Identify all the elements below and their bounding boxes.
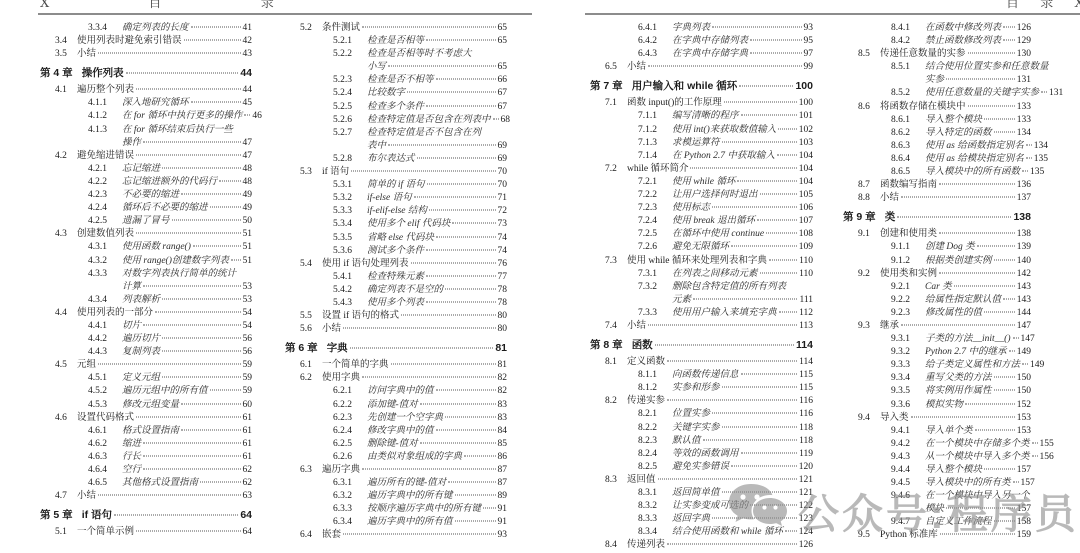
dot-leader — [136, 233, 240, 234]
entry-number: 6.3 — [300, 464, 322, 477]
toc-entry: 8.4.1在函数中修改列表126 — [843, 22, 1031, 35]
entry-title: 结合使用位置实参和任意数量 — [925, 61, 1049, 74]
toc-entry: 4.1.3在 for 循环结束后执行一些 — [40, 124, 252, 137]
dot-leader — [712, 27, 801, 28]
dot-leader — [181, 403, 240, 404]
toc-entry: 8.2.3默认值118 — [590, 435, 813, 448]
toc-entry: 3.4使用列表时避免索引错误42 — [40, 35, 252, 48]
entry-number: 4.1.1 — [88, 97, 122, 110]
entry-page-number: 147 — [1021, 333, 1035, 346]
entry-page-number: 80 — [498, 323, 508, 336]
entry-page-number: 116 — [799, 395, 813, 408]
entry-number: 7.2.5 — [638, 228, 672, 241]
toc-entry: 8.3.2让实参变成可选的122 — [590, 500, 813, 513]
entry-number: 4.5.3 — [88, 399, 122, 412]
entry-number: 5.4.3 — [333, 297, 367, 310]
entry-number: 5.6 — [300, 323, 322, 336]
entry-number: 8.8 — [858, 192, 880, 205]
dot-leader — [162, 377, 240, 378]
entry-page-number: 143 — [1017, 281, 1031, 294]
toc-entry: 8.6.1导入整个模块133 — [843, 114, 1031, 127]
toc-entry: 4.1遍历整个列表44 — [40, 84, 252, 97]
entry-page-number: 87 — [498, 477, 508, 490]
entry-title: 添加键-值对 — [367, 399, 418, 412]
entry-page-number: 54 — [243, 320, 253, 333]
dot-leader — [750, 505, 797, 506]
entry-title: 函数 input()的工作原理 — [627, 97, 722, 110]
dot-leader — [984, 118, 1015, 119]
entry-page-number: 61 — [243, 438, 253, 451]
toc-entry: 9.4.2在一个模块中存储多个类155 — [843, 438, 1031, 451]
dot-leader — [162, 298, 240, 299]
entry-page-number: 109 — [799, 241, 813, 254]
entry-title: 在函数中修改列表 — [925, 22, 1001, 35]
dot-leader — [429, 210, 496, 211]
entry-page-number: 76 — [498, 258, 508, 271]
entry-page-number: 114 — [796, 337, 813, 354]
entry-page-number: 69 — [498, 140, 508, 153]
entry-page-number: 66 — [498, 74, 508, 87]
entry-page-number: 65 — [498, 61, 508, 74]
dot-leader — [757, 220, 797, 221]
entry-number: 6.4 — [300, 529, 322, 542]
entry-number: 7.4 — [605, 320, 627, 333]
dot-leader — [191, 27, 241, 28]
dot-leader — [667, 400, 797, 401]
entry-page-number: 131 — [1049, 87, 1063, 100]
entry-page-number: 49 — [243, 189, 253, 202]
dot-leader — [939, 233, 1015, 234]
entry-number: 9.3 — [858, 320, 880, 333]
dot-leader — [658, 478, 797, 479]
toc-entry: 5.2条件测试65 — [285, 22, 507, 35]
entry-number: 4.4 — [55, 307, 77, 320]
entry-number: 4.4.2 — [88, 333, 122, 346]
dot-leader — [200, 482, 240, 483]
entry-title: 省略 else 代码块 — [367, 232, 434, 245]
header-rule — [585, 13, 1080, 15]
entry-number: 7.2.3 — [638, 202, 672, 215]
toc-entry: 5.3.4使用多个 elif 代码块73 — [285, 218, 507, 231]
entry-page-number: 44 — [243, 84, 253, 97]
toc-entry: 7.1.2使用 int()来获取数值输入102 — [590, 124, 813, 137]
dot-leader — [690, 167, 796, 168]
entry-page-number: 111 — [799, 294, 813, 307]
toc-entry: 8.1.1向函数传递信息115 — [590, 369, 813, 382]
toc-entry: 5.2.2检查是否相等时不考虑大 — [285, 48, 507, 61]
entry-title: 使用多个列表 — [367, 297, 424, 310]
toc-entry: 9.3.4重写父类的方法150 — [843, 372, 1031, 385]
entry-number: 9.4.6 — [891, 490, 925, 503]
entry-number: 6.3.4 — [333, 516, 367, 529]
entry-number: 4.5.1 — [88, 372, 122, 385]
entry-title: 缩进 — [122, 438, 141, 451]
entry-page-number: 67 — [498, 101, 508, 114]
entry-number: 8.3.1 — [638, 487, 672, 500]
entry-page-number: 118 — [799, 422, 813, 435]
entry-title: 字典列表 — [672, 22, 710, 35]
entry-title: 让用户选择何时退出 — [672, 189, 758, 202]
entry-page-number: 157 — [1021, 477, 1035, 490]
toc-entry: 7.1函数 input()的工作原理100 — [590, 97, 813, 110]
dot-leader — [162, 338, 240, 339]
dot-leader — [1022, 364, 1028, 365]
toc-entry: 5.3.1简单的 if 语句70 — [285, 179, 507, 192]
entry-number: 7.1.3 — [638, 137, 672, 150]
entry-number: 9.1 — [858, 228, 880, 241]
toc-entry: 6.1一个简单的字典81 — [285, 359, 507, 372]
toc-entry: 7.1.4在 Python 2.7 中获取输入104 — [590, 150, 813, 163]
dot-leader — [911, 416, 1015, 417]
entry-title: 从一个模块中导入多个类 — [925, 451, 1030, 464]
entry-number: 5.2.4 — [333, 87, 367, 100]
entry-title: 复制列表 — [122, 346, 160, 359]
entry-title: 检查特殊元素 — [367, 271, 424, 284]
toc-entry: 5.4.2确定列表不是空的78 — [285, 284, 507, 297]
entry-number: 5.3.6 — [333, 245, 367, 258]
entry-title: 子类的方法__init__() — [925, 333, 1011, 346]
entry-title: 确定列表不是空的 — [367, 284, 443, 297]
entry-page-number: 59 — [243, 372, 253, 385]
toc-chapter-entry: 第 7 章用户输入和 while 循环100 — [590, 78, 813, 95]
toc-entry: 6.2.6由类似对象组成的字典86 — [285, 451, 507, 464]
entry-page-number: 105 — [799, 189, 813, 202]
dot-leader — [181, 194, 240, 195]
entry-number: 7.1.4 — [638, 150, 672, 163]
entry-number: 9.4.1 — [891, 425, 925, 438]
entry-number: 6.3.3 — [333, 503, 367, 516]
toc-entry: 5.2.3检查是否不相等66 — [285, 74, 507, 87]
entry-page-number: 56 — [243, 346, 253, 359]
entry-title: 访问字典中的值 — [367, 385, 434, 398]
toc-entry: 4.3.4列表解析53 — [40, 294, 252, 307]
entry-number: 4.3 — [55, 228, 77, 241]
dot-leader — [648, 66, 801, 67]
entry-page-number: 112 — [799, 307, 813, 320]
entry-page-number: 136 — [1017, 179, 1031, 192]
entry-page-number: 95 — [804, 35, 814, 48]
dot-leader — [414, 197, 496, 198]
entry-number: 5.3.2 — [333, 192, 367, 205]
toc-entry: 9.2.3修改属性的值144 — [843, 307, 1031, 320]
entry-number: 4.5.2 — [88, 385, 122, 398]
entry-number: 6.5 — [605, 61, 627, 74]
entry-title: 向函数传递信息 — [672, 369, 739, 382]
entry-page-number: 93 — [498, 529, 508, 542]
toc-entry: 9.4.1导入单个类153 — [843, 425, 1031, 438]
entry-title: 使用多个 elif 代码块 — [367, 218, 450, 231]
entry-page-number: 115 — [799, 382, 813, 395]
entry-title: 小结 — [880, 192, 899, 205]
entry-number: 9.4 — [858, 412, 880, 425]
toc-entry: 5.5设置 if 语句的格式80 — [285, 310, 507, 323]
entry-title: 使用 while 循环来处理列表和字典 — [627, 255, 767, 268]
toc-entry: 5.4.3使用多个列表78 — [285, 297, 507, 310]
entry-number: 5.1 — [55, 526, 77, 539]
toc-entry: 5.2.4比较数字67 — [285, 87, 507, 100]
entry-number: 6.4.1 — [638, 22, 672, 35]
toc-entry: 6.4嵌套93 — [285, 529, 507, 542]
dot-leader — [737, 180, 796, 181]
entry-title: Python 标准库 — [880, 529, 938, 542]
entry-number: 4.2.4 — [88, 202, 122, 215]
entry-title: 计算 — [122, 281, 141, 294]
entry-number: 4.4.3 — [88, 346, 122, 359]
dot-leader — [760, 194, 797, 195]
dot-leader — [741, 452, 798, 453]
entry-number: 4.2.1 — [88, 163, 122, 176]
dot-leader — [901, 197, 1015, 198]
entry-title: 行长 — [122, 451, 141, 464]
toc-entry: 8.2.4等效的函数调用119 — [590, 448, 813, 461]
entry-title: 遍历切片 — [122, 333, 160, 346]
dot-leader — [426, 275, 495, 276]
entry-number: 6.3.2 — [333, 490, 367, 503]
entry-page-number: 106 — [799, 202, 813, 215]
dot-leader — [968, 53, 1015, 54]
entry-page-number: 102 — [799, 124, 813, 137]
entry-page-number: 159 — [1017, 529, 1031, 542]
entry-title: 操作列表 — [82, 65, 124, 82]
entry-title: 遍历整个列表 — [77, 84, 134, 97]
entry-number: 5.3.1 — [333, 179, 367, 192]
entry-title: 在字典中存储字典 — [672, 48, 748, 61]
entry-page-number: 121 — [799, 474, 813, 487]
entry-number: 第 5 章 — [40, 507, 73, 524]
dot-leader — [693, 298, 797, 299]
entry-title: 使用 int()来获取数值输入 — [672, 124, 776, 137]
entry-title: 创建数值列表 — [77, 228, 134, 241]
entry-title: 让实参变成可选的 — [672, 500, 748, 513]
entry-page-number: 119 — [799, 448, 813, 461]
entry-title: 导入特定的函数 — [925, 127, 992, 140]
entry-title: 其他格式设置指南 — [122, 477, 198, 490]
entry-number: 7.2.2 — [638, 189, 672, 202]
toc-entry: 6.4.1字典列表93 — [590, 22, 813, 35]
toc-column: 6.4.1字典列表936.4.2在字典中存储列表956.4.3在字典中存储字典9… — [590, 22, 813, 552]
entry-page-number: 65 — [498, 35, 508, 48]
entry-title: 使用字典 — [322, 372, 360, 385]
entry-page-number: 101 — [799, 110, 813, 123]
dot-leader — [777, 154, 797, 155]
toc-entry: 6.5小结99 — [590, 61, 813, 74]
entry-number: 8.6.5 — [891, 166, 925, 179]
toc-entry: 6.3.2遍历字典中的所有键89 — [285, 490, 507, 503]
entry-number: 5.2 — [300, 22, 322, 35]
entry-page-number: 62 — [243, 464, 253, 477]
toc-entry: 7.2.5在循环中使用 continue108 — [590, 228, 813, 241]
toc-entry: 5.2.7检查特定值是否不包含在列 — [285, 127, 507, 140]
dot-leader — [741, 115, 797, 116]
entry-title: 在 Python 2.7 中获取输入 — [672, 150, 775, 163]
toc-entry: 4.5.2遍历元组中的所有值59 — [40, 385, 252, 398]
entry-page-number: 84 — [498, 425, 508, 438]
entry-title: 使用列表时避免索引错误 — [77, 35, 182, 48]
entry-number: 6.2.3 — [333, 412, 367, 425]
entry-page-number: 144 — [1017, 307, 1031, 320]
toc-column: 5.2条件测试655.2.1检查是否相等655.2.2检查是否相等时不考虑大小写… — [285, 22, 507, 543]
toc-entry: 表中69 — [285, 140, 507, 153]
entry-title: 在列表之间移动元素 — [672, 268, 758, 281]
toc-entry: 4.2.4循环后不必要的缩进49 — [40, 202, 252, 215]
entry-title: 导入整个模块 — [925, 464, 982, 477]
dot-leader — [493, 118, 499, 119]
entry-title: 导入模块中的所有类 — [925, 477, 1011, 490]
dot-leader — [426, 301, 495, 302]
toc-entry: 4.2避免缩进错误47 — [40, 150, 252, 163]
entry-page-number: 81 — [495, 340, 507, 357]
entry-page-number: 48 — [243, 163, 253, 176]
dot-leader — [98, 53, 240, 54]
toc-entry: 5.6小结80 — [285, 323, 507, 336]
toc-entry: 6.3.1遍历所有的键-值对87 — [285, 477, 507, 490]
toc-entry: 9.3.6模拟实物152 — [843, 399, 1031, 412]
toc-entry: 9.2.1Car 类143 — [843, 281, 1031, 294]
dot-leader — [427, 184, 496, 185]
entry-page-number: 82 — [498, 372, 508, 385]
entry-number: 6.3.1 — [333, 477, 367, 490]
entry-number: 8.5.1 — [891, 61, 925, 74]
dot-leader — [994, 521, 1015, 522]
entry-number: 4.1 — [55, 84, 77, 97]
toc-entry: 5.2.1检查是否相等65 — [285, 35, 507, 48]
entry-title: 避免缩进错误 — [77, 150, 134, 163]
dot-leader — [1013, 482, 1019, 483]
entry-title: 实参和形参 — [672, 382, 720, 395]
dot-leader — [445, 288, 495, 289]
dot-leader — [940, 534, 1015, 535]
entry-number: 5.3.3 — [333, 205, 367, 218]
toc-entry: 8.2.5避免实参错误120 — [590, 461, 813, 474]
entry-page-number: 82 — [498, 385, 508, 398]
toc-entry: 8.4传递列表126 — [590, 539, 813, 552]
toc-entry: 9.2使用类和实例142 — [843, 268, 1031, 281]
entry-title: 使用 if 语句处理列表 — [322, 258, 409, 271]
entry-page-number: 77 — [498, 271, 508, 284]
toc-entry: 9.1创建和使用类138 — [843, 228, 1031, 241]
toc-entry: 4.5.3修改元组变量60 — [40, 399, 252, 412]
entry-title: 用户输入和 while 循环 — [632, 78, 738, 95]
dot-leader — [388, 144, 495, 145]
dot-leader — [98, 495, 240, 496]
entry-page-number: 60 — [243, 399, 253, 412]
entry-number: 9.4.2 — [891, 438, 925, 451]
entry-title: 小结 — [77, 490, 96, 503]
entry-title: 布尔表达式 — [367, 153, 415, 166]
toc-entry: 模块157 — [843, 503, 1031, 516]
toc-entry: 4.3创建数值列表51 — [40, 228, 252, 241]
entry-title: 传递列表 — [627, 539, 665, 552]
entry-number: 4.4.1 — [88, 320, 122, 333]
toc-entry: 5.4.1检查特殊元素77 — [285, 271, 507, 284]
toc-entry: 5.3.6测试多个条件74 — [285, 245, 507, 258]
entry-number: 9.4.3 — [891, 451, 925, 464]
entry-title: 删除键-值对 — [367, 438, 418, 451]
entry-title: 禁止函数修改列表 — [925, 35, 1001, 48]
entry-number: 7.3.1 — [638, 268, 672, 281]
toc-entry: 4.5元组59 — [40, 359, 252, 372]
toc-entry: 7.4小结113 — [590, 320, 813, 333]
entry-number: 8.2.3 — [638, 435, 672, 448]
entry-page-number: 115 — [799, 369, 813, 382]
entry-title: 在 for 循环中执行更多的操作 — [122, 110, 242, 123]
entry-title: 使用标志 — [672, 202, 710, 215]
entry-number: 9.4.7 — [891, 516, 925, 529]
toc-entry: 4.6.1格式设置指南61 — [40, 425, 252, 438]
entry-title: 一个简单的字典 — [322, 359, 389, 372]
entry-number: 5.2.3 — [333, 74, 367, 87]
entry-page-number: 81 — [498, 359, 508, 372]
entry-page-number: 123 — [799, 513, 813, 526]
toc-entry: 5.1一个简单示例64 — [40, 526, 252, 539]
dot-leader — [436, 236, 495, 237]
entry-title: 设置 if 语句的格式 — [322, 310, 399, 323]
toc-entry: 9.1.2根据类创建实例140 — [843, 255, 1031, 268]
dot-leader — [426, 249, 495, 250]
entry-title: 小写 — [367, 61, 386, 74]
entry-number: 8.5 — [858, 48, 880, 61]
entry-title: 导入模块中的所有函数 — [925, 166, 1020, 179]
dot-leader — [143, 455, 240, 456]
toc-entry: 6.2.2添加键-值对83 — [285, 399, 507, 412]
entry-number: 8.5.2 — [891, 87, 925, 100]
entry-title: 传递实参 — [627, 395, 665, 408]
entry-number: 4.1.3 — [88, 124, 122, 137]
entry-number: 5.3.5 — [333, 232, 367, 245]
entry-page-number: 149 — [1030, 359, 1044, 372]
entry-number: 第 9 章 — [843, 209, 876, 226]
entry-page-number: 107 — [799, 215, 813, 228]
entry-page-number: 118 — [799, 435, 813, 448]
entry-page-number: 104 — [799, 150, 813, 163]
entry-title: 创建 Dog 类 — [925, 241, 975, 254]
entry-page-number: 100 — [795, 78, 813, 95]
entry-title: Car 类 — [925, 281, 952, 294]
entry-page-number: 83 — [498, 399, 508, 412]
dot-leader — [1041, 92, 1047, 93]
entry-title: 使用用户输入来填充字典 — [672, 307, 777, 320]
entry-number: 8.1 — [605, 356, 627, 369]
entry-page-number: 61 — [243, 412, 253, 425]
entry-page-number: 116 — [799, 408, 813, 421]
toc-entry: 9.3继承147 — [843, 320, 1031, 333]
toc-entry: 9.2.2给属性指定默认值143 — [843, 294, 1031, 307]
toc-entry: 5.2.8布尔表达式69 — [285, 153, 507, 166]
toc-entry: 7.2.4使用 break 退出循环107 — [590, 215, 813, 228]
entry-page-number: 54 — [243, 307, 253, 320]
toc-chapter-entry: 第 9 章类138 — [843, 209, 1031, 226]
dot-leader — [126, 73, 239, 74]
entry-page-number: 91 — [498, 516, 508, 529]
entry-page-number: 124 — [799, 526, 813, 539]
entry-page-number: 126 — [1017, 22, 1031, 35]
entry-page-number: 69 — [498, 153, 508, 166]
entry-page-number: 149 — [1017, 346, 1031, 359]
entry-title: 在 for 循环结束后执行一些 — [122, 124, 233, 137]
entry-page-number: 86 — [498, 451, 508, 464]
dot-leader — [897, 217, 1011, 218]
dot-leader — [436, 79, 496, 80]
dot-leader — [779, 311, 798, 312]
entry-number: 4.6.2 — [88, 438, 122, 451]
entry-number: 4.6.1 — [88, 425, 122, 438]
entry-page-number: 48 — [243, 176, 253, 189]
entry-title: 检查是否不相等 — [367, 74, 434, 87]
entry-page-number: 157 — [1017, 464, 1031, 477]
entry-number: 8.6.2 — [891, 127, 925, 140]
entry-page-number: 110 — [799, 268, 813, 281]
entry-title: 检查是否相等 — [367, 35, 424, 48]
